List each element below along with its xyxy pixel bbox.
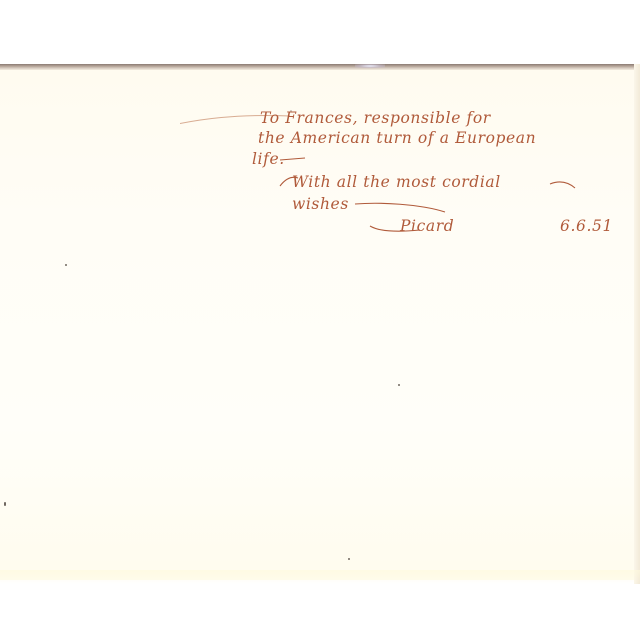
inscription-date: 6.6.51 bbox=[560, 216, 613, 236]
inscription-line: wishes bbox=[292, 194, 349, 214]
inscription-line: To Frances, responsible for bbox=[260, 108, 491, 128]
inscription-line: With all the most cordial bbox=[292, 172, 501, 192]
inscription-line: the American turn of a European bbox=[258, 128, 536, 148]
handwritten-inscription: To Frances, responsible for the American… bbox=[180, 108, 620, 268]
page-right-edge bbox=[634, 64, 640, 584]
inscription-line: life. bbox=[252, 149, 285, 169]
paper-speck bbox=[4, 502, 6, 506]
paper-speck bbox=[398, 384, 400, 386]
page-bottom-shadow bbox=[0, 570, 640, 584]
paper-speck bbox=[65, 264, 67, 266]
paper-speck bbox=[348, 558, 350, 560]
edge-light-glint bbox=[355, 64, 385, 68]
signature: Picard bbox=[400, 216, 454, 236]
